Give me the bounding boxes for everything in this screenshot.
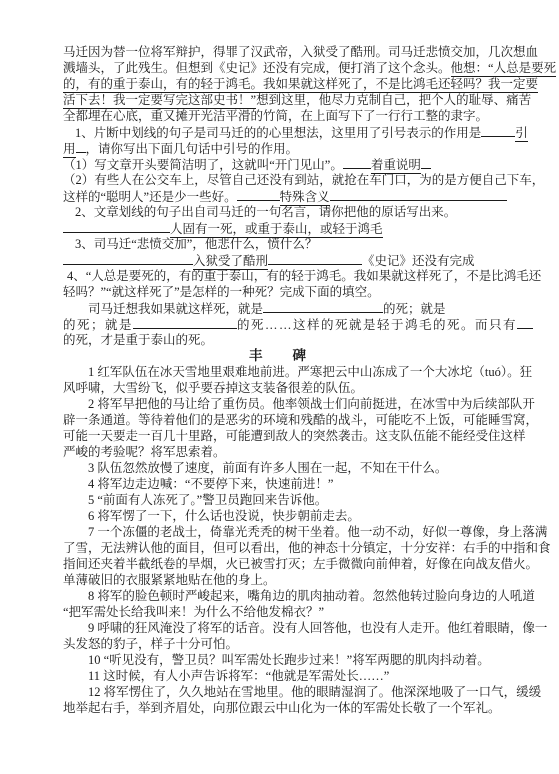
passage2-para2-line: 可能一天要走一百几十里路，可能遭到敌人的突然袭击。这支队伍能不能经受住这样 bbox=[63, 428, 543, 444]
text-run: 的死……这样的死就是轻于鸿毛的死。而只有 bbox=[237, 318, 517, 332]
answer-blank bbox=[63, 252, 193, 265]
document-body: 马迁因为替一位将军辩护，得罪了汉武帝，入狱受了酷刑。司马迁悲愤交加，几次想血溅墙… bbox=[63, 44, 543, 716]
text-run: 12 将军愣住了，久久地站在雪地里。他的眼睛湿润了。他深深地吸了一口气，缓缓 bbox=[88, 685, 541, 699]
passage2-para1-line: 风呼啸，大雪纷飞，似乎要吞掉这支装备很差的队伍。 bbox=[63, 380, 543, 396]
passage2-para7-line: 指间还夹着半截纸卷的旱烟，火已被雪打灭；左手微微向前伸着，好像在向战友借火。 bbox=[63, 556, 543, 572]
passage2-para2-line: 辟一条通道。等待着他们的是恶劣的环境和残酷的战斗，可能吃不上饭，可能睡雪窝， bbox=[63, 412, 543, 428]
text-run: （2）有些人在公交车上，尽管自己还没有到站，就抢在车门口，为的是方便自己下车， bbox=[63, 173, 544, 187]
fill-in-line: 司马迁想我如果就这样死，就是的死；就是 bbox=[63, 300, 543, 316]
answer-3-line: 入狱受了酷刑《史记》还没有完成 bbox=[63, 252, 543, 268]
text-run: 3 队伍忽然放慢了速度，前面有许多人围在一起，不知在干什么。 bbox=[88, 461, 447, 475]
passage2-para7-line: 7 一个冻僵的老战士，倚靠光秃秃的树干坐着。他一动不动，好似一尊像，身上落满 bbox=[63, 524, 543, 540]
passage2-para11-line: 11 这时候，有人小声告诉将军：“他就是军需处长……” bbox=[63, 668, 543, 684]
text-run: 司马迁想我如果就这样死，就是 bbox=[88, 302, 263, 316]
text-run: 3、司马迁“悲愤交加”，他悲什么，愤什么？ bbox=[75, 237, 317, 251]
text-run: （1）写文章开头要简洁明了，这就叫“开门见山”。 bbox=[63, 158, 343, 172]
passage1-line: 活下去！我一定要写完这部史书！”想到这里，他尽力克制自己，把个人的耻辱、痛苦 bbox=[63, 92, 543, 108]
answer-blank bbox=[133, 316, 237, 329]
answer-blank bbox=[268, 252, 362, 265]
answer-blank bbox=[263, 300, 383, 313]
text-run: 可能一天要走一百几十里路，可能遭到敌人的突然袭击。这支队伍能不能经受住这样 bbox=[63, 429, 526, 443]
passage2-para9-line: 头发怒的豹子，样子十分可怕。 bbox=[63, 636, 543, 652]
passage2-para10-line: 10 “听见没有，警卫员？叫军需处长跑步过来！”将军两腮的肌肉抖动着。 bbox=[63, 652, 543, 668]
text-run: 指间还夹着半截纸卷的旱烟，火已被雪打灭；左手微微向前伸着，好像在向战友借火。 bbox=[63, 557, 538, 571]
passage2-para2-line: 严峻的考验呢？将军思索着。 bbox=[63, 444, 543, 460]
passage2-para7-line: 了雪，无法辨认他的面目，但可以看出，他的神态十分镇定，十分安祥：右手的中指和食 bbox=[63, 540, 543, 556]
text-run: 的死；就是 bbox=[63, 318, 133, 332]
text-run: 这样的“聪明人”还是少一些好。 bbox=[63, 190, 237, 204]
text-run: 了雪，无法辨认他的面目，但可以看出，他的神态十分镇定，十分安祥：右手的中指和食 bbox=[63, 541, 551, 555]
answer-blank bbox=[481, 124, 515, 137]
text-run: 全都埋在心底，重又摊开光洁平滑的竹简，在上面写下了一行行工整的隶字。 bbox=[63, 109, 488, 123]
underlined-text: 引 bbox=[515, 126, 528, 142]
passage2-para3-line: 3 队伍忽然放慢了速度，前面有许多人围在一起，不知在干什么。 bbox=[63, 460, 543, 476]
passage2-para12-line: 地举起右手，举到齐眉处，向那位跟云中山化为一体的军需处长敬了一个军礼。 bbox=[63, 700, 543, 716]
text-run: 6 将军愣了一下，什么话也没说，快步朝前走去。 bbox=[88, 509, 360, 523]
passage-title: 丰 碑 bbox=[13, 348, 543, 364]
passage1-line: 溅墙头，了此残生。但想到《史记》还没有完成，便打消了这个念头。他想：“人总是要死 bbox=[63, 60, 543, 76]
text-run: 2、文章划线的句子出自司马迁的一句名言，请你把他的原话写出来。 bbox=[75, 205, 456, 219]
text-run: 丰 碑 bbox=[249, 348, 307, 363]
answer-blank bbox=[330, 188, 507, 201]
passage1-line: 全都埋在心底，重又摊开光洁平滑的竹简，在上面写下了一行行工整的隶字。 bbox=[63, 108, 543, 124]
question-1-line: 1、片断中划线的句子是司马迁的的心里想法，这里用了引号表示的作用是引 bbox=[63, 124, 543, 140]
question-1-sub2-line: 这样的“聪明人”还是少一些好。特殊含义 bbox=[63, 188, 543, 204]
passage2-para4-line: 4 将军边走边喊：“不要停下来，快速前进！” bbox=[63, 476, 543, 492]
text-run: 4、“人总是要死的，有的重于泰山，有的轻于鸿毛。我如果就这样死了，不是比鸿毛还 bbox=[67, 269, 541, 283]
passage2-para7-line: 单薄破旧的衣服紧紧地贴在他的身上。 bbox=[63, 572, 543, 588]
passage2-para8-line: 8 将军的脸色顿时严峻起来，嘴角边的肌肉抽动着。忽然他转过脸向身边的人吼道 bbox=[63, 588, 543, 604]
text-run: 严峻的考验呢？将军思索着。 bbox=[63, 445, 226, 459]
text-run: 轻吗？”“就这样死了”是怎样的一种死？完成下面的填空。 bbox=[63, 285, 380, 299]
passage1-line: 马迁因为替一位将军辩护，得罪了汉武帝，入狱受了酷刑。司马迁悲愤交加，几次想血 bbox=[63, 44, 543, 60]
text-run: “把军需处长给我叫来！为什么不给他发棉衣？” bbox=[63, 605, 324, 619]
passage2-para8-line: “把军需处长给我叫来！为什么不给他发棉衣？” bbox=[63, 604, 543, 620]
text-run: 辟一条通道。等待着他们的是恶劣的环境和残酷的战斗，可能吃不上饭，可能睡雪窝， bbox=[63, 413, 538, 427]
document-page: 马迁因为替一位将军辩护，得罪了汉武帝，入狱受了酷刑。司马迁悲愤交加，几次想血溅墙… bbox=[0, 0, 559, 774]
question-1-sub2-line: （2）有些人在公交车上，尽管自己还没有到站，就抢在车门口，为的是方便自己下车， bbox=[63, 172, 543, 188]
text-run: 想到这里，他尽力克制自己，把个人的耻辱、痛苦 bbox=[256, 93, 531, 107]
text-run: 10 “听见没有，警卫员？叫军需处长跑步过来！”将军两腮的肌肉抖动着。 bbox=[88, 653, 490, 667]
underlined-text: 活下去！我一定要写完这部史书！” bbox=[63, 93, 256, 109]
question-1-sub1-line: （1）写文章开头要简洁明了，这就叫“开门见山”。着重说明 bbox=[63, 156, 543, 172]
passage2-para5-line: 5 “前面有人冻死了。”警卫员跑回来告诉他。 bbox=[63, 492, 543, 508]
fill-in-line: 的死；就是的死……这样的死就是轻于鸿毛的死。而只有 bbox=[63, 316, 543, 332]
passage2-para1-line: 1 红军队伍在冰天雪地里艰难地前进。严寒把云中山冻成了一个大冰坨（tuó）。狂 bbox=[63, 364, 543, 380]
answer-blank bbox=[76, 140, 86, 153]
text-run: 溅墙头，了此残生。但想到《史记》还没有完成，便打消了这个念头。 bbox=[63, 61, 451, 75]
question-4-line: 4、“人总是要死的，有的重于泰山，有的轻于鸿毛。我如果就这样死了，不是比鸿毛还 bbox=[63, 268, 543, 284]
text-run: 5 “前面有人冻死了。”警卫员跑回来告诉他。 bbox=[88, 493, 327, 507]
text-run: 地举起右手，举到齐眉处，向那位跟云中山化为一体的军需处长敬了一个军礼。 bbox=[63, 701, 501, 715]
passage1-line: 的，有的重于泰山，有的轻于鸿毛。我如果就这样死了，不是比鸿毛还轻吗？我一定要 bbox=[63, 76, 543, 92]
text-run: 11 这时候，有人小声告诉将军：“他就是军需处长……” bbox=[88, 669, 389, 683]
text-run: 8 将军的脸色顿时严峻起来，嘴角边的肌肉抽动着。忽然他转过脸向身边的人吼道 bbox=[88, 589, 535, 603]
text-run: 的死，才是重于泰山的死。 bbox=[63, 333, 213, 347]
answer-blank bbox=[237, 188, 280, 201]
answer-blank bbox=[517, 316, 533, 329]
passage2-para9-line: 9 呼啸的狂风淹没了将军的话音。没有人回答他，也没有人走开。他红着眼睛，像一 bbox=[63, 620, 543, 636]
answer-blank bbox=[63, 220, 170, 233]
answer-2-line: 人固有一死，或重于泰山，或轻于鸿毛 bbox=[63, 220, 543, 236]
text-run: 风呼啸，大雪纷飞，似乎要吞掉这支装备很差的队伍。 bbox=[63, 381, 363, 395]
text-run: 4 将军边走边喊：“不要停下来，快速前进！” bbox=[88, 477, 333, 491]
question-3-line: 3、司马迁“悲愤交加”，他悲什么，愤什么？ bbox=[63, 236, 543, 252]
text-run: ，请你写出下面几句话中引号的作用。 bbox=[86, 142, 299, 156]
text-run: 单薄破旧的衣服紧紧地贴在他的身上。 bbox=[63, 573, 276, 587]
underlined-text: 的，有的重于泰山，有的轻于鸿毛。我如果就这样死了，不是比鸿毛还轻吗？我一定要 bbox=[63, 77, 538, 93]
text-run: 1、片断中划线的句子是司马迁的的心里想法，这里用了引号表示的作用是 bbox=[75, 126, 481, 140]
question-2-line: 2、文章划线的句子出自司马迁的一句名言，请你把他的原话写出来。 bbox=[63, 204, 543, 220]
text-run: 1 红军队伍在冰天雪地里艰难地前进。严寒把云中山冻成了一个大冰坨（tuó）。狂 bbox=[88, 365, 532, 379]
underlined-text: 他想：“人总是要死 bbox=[451, 61, 557, 77]
text-run: 《史记》还没有完成 bbox=[362, 254, 475, 268]
passage2-para12-line: 12 将军愣住了，久久地站在雪地里。他的眼睛湿润了。他深深地吸了一口气，缓缓 bbox=[63, 684, 543, 700]
text-run: 头发怒的豹子，样子十分可怕。 bbox=[63, 637, 238, 651]
text-run: 马迁因为替一位将军辩护，得罪了汉武帝，入狱受了酷刑。司马迁悲愤交加，几次想血 bbox=[63, 45, 538, 59]
question-1-line: 用，请你写出下面几句话中引号的作用。 bbox=[63, 140, 543, 156]
answer-blank bbox=[421, 156, 431, 169]
text-run: 2 将军早把他的马让给了重伤员。他率领战士们向前挺进，在冰雪中为后续部队开 bbox=[88, 397, 535, 411]
answer-blank bbox=[343, 156, 371, 169]
passage2-para2-line: 2 将军早把他的马让给了重伤员。他率领战士们向前挺进，在冰雪中为后续部队开 bbox=[63, 396, 543, 412]
fill-in-line: 的死，才是重于泰山的死。 bbox=[63, 332, 543, 348]
text-run: 7 一个冻僵的老战士，倚靠光秃秃的树干坐着。他一动不动，好似一尊像，身上落满 bbox=[88, 525, 547, 539]
question-4-line: 轻吗？”“就这样死了”是怎样的一种死？完成下面的填空。 bbox=[63, 284, 543, 300]
text-run: 的死；就是 bbox=[383, 302, 446, 316]
passage2-para6-line: 6 将军愣了一下，什么话也没说，快步朝前走去。 bbox=[63, 508, 543, 524]
text-run: 9 呼啸的狂风淹没了将军的话音。没有人回答他，也没有人走开。他红着眼睛，像一 bbox=[88, 621, 547, 635]
